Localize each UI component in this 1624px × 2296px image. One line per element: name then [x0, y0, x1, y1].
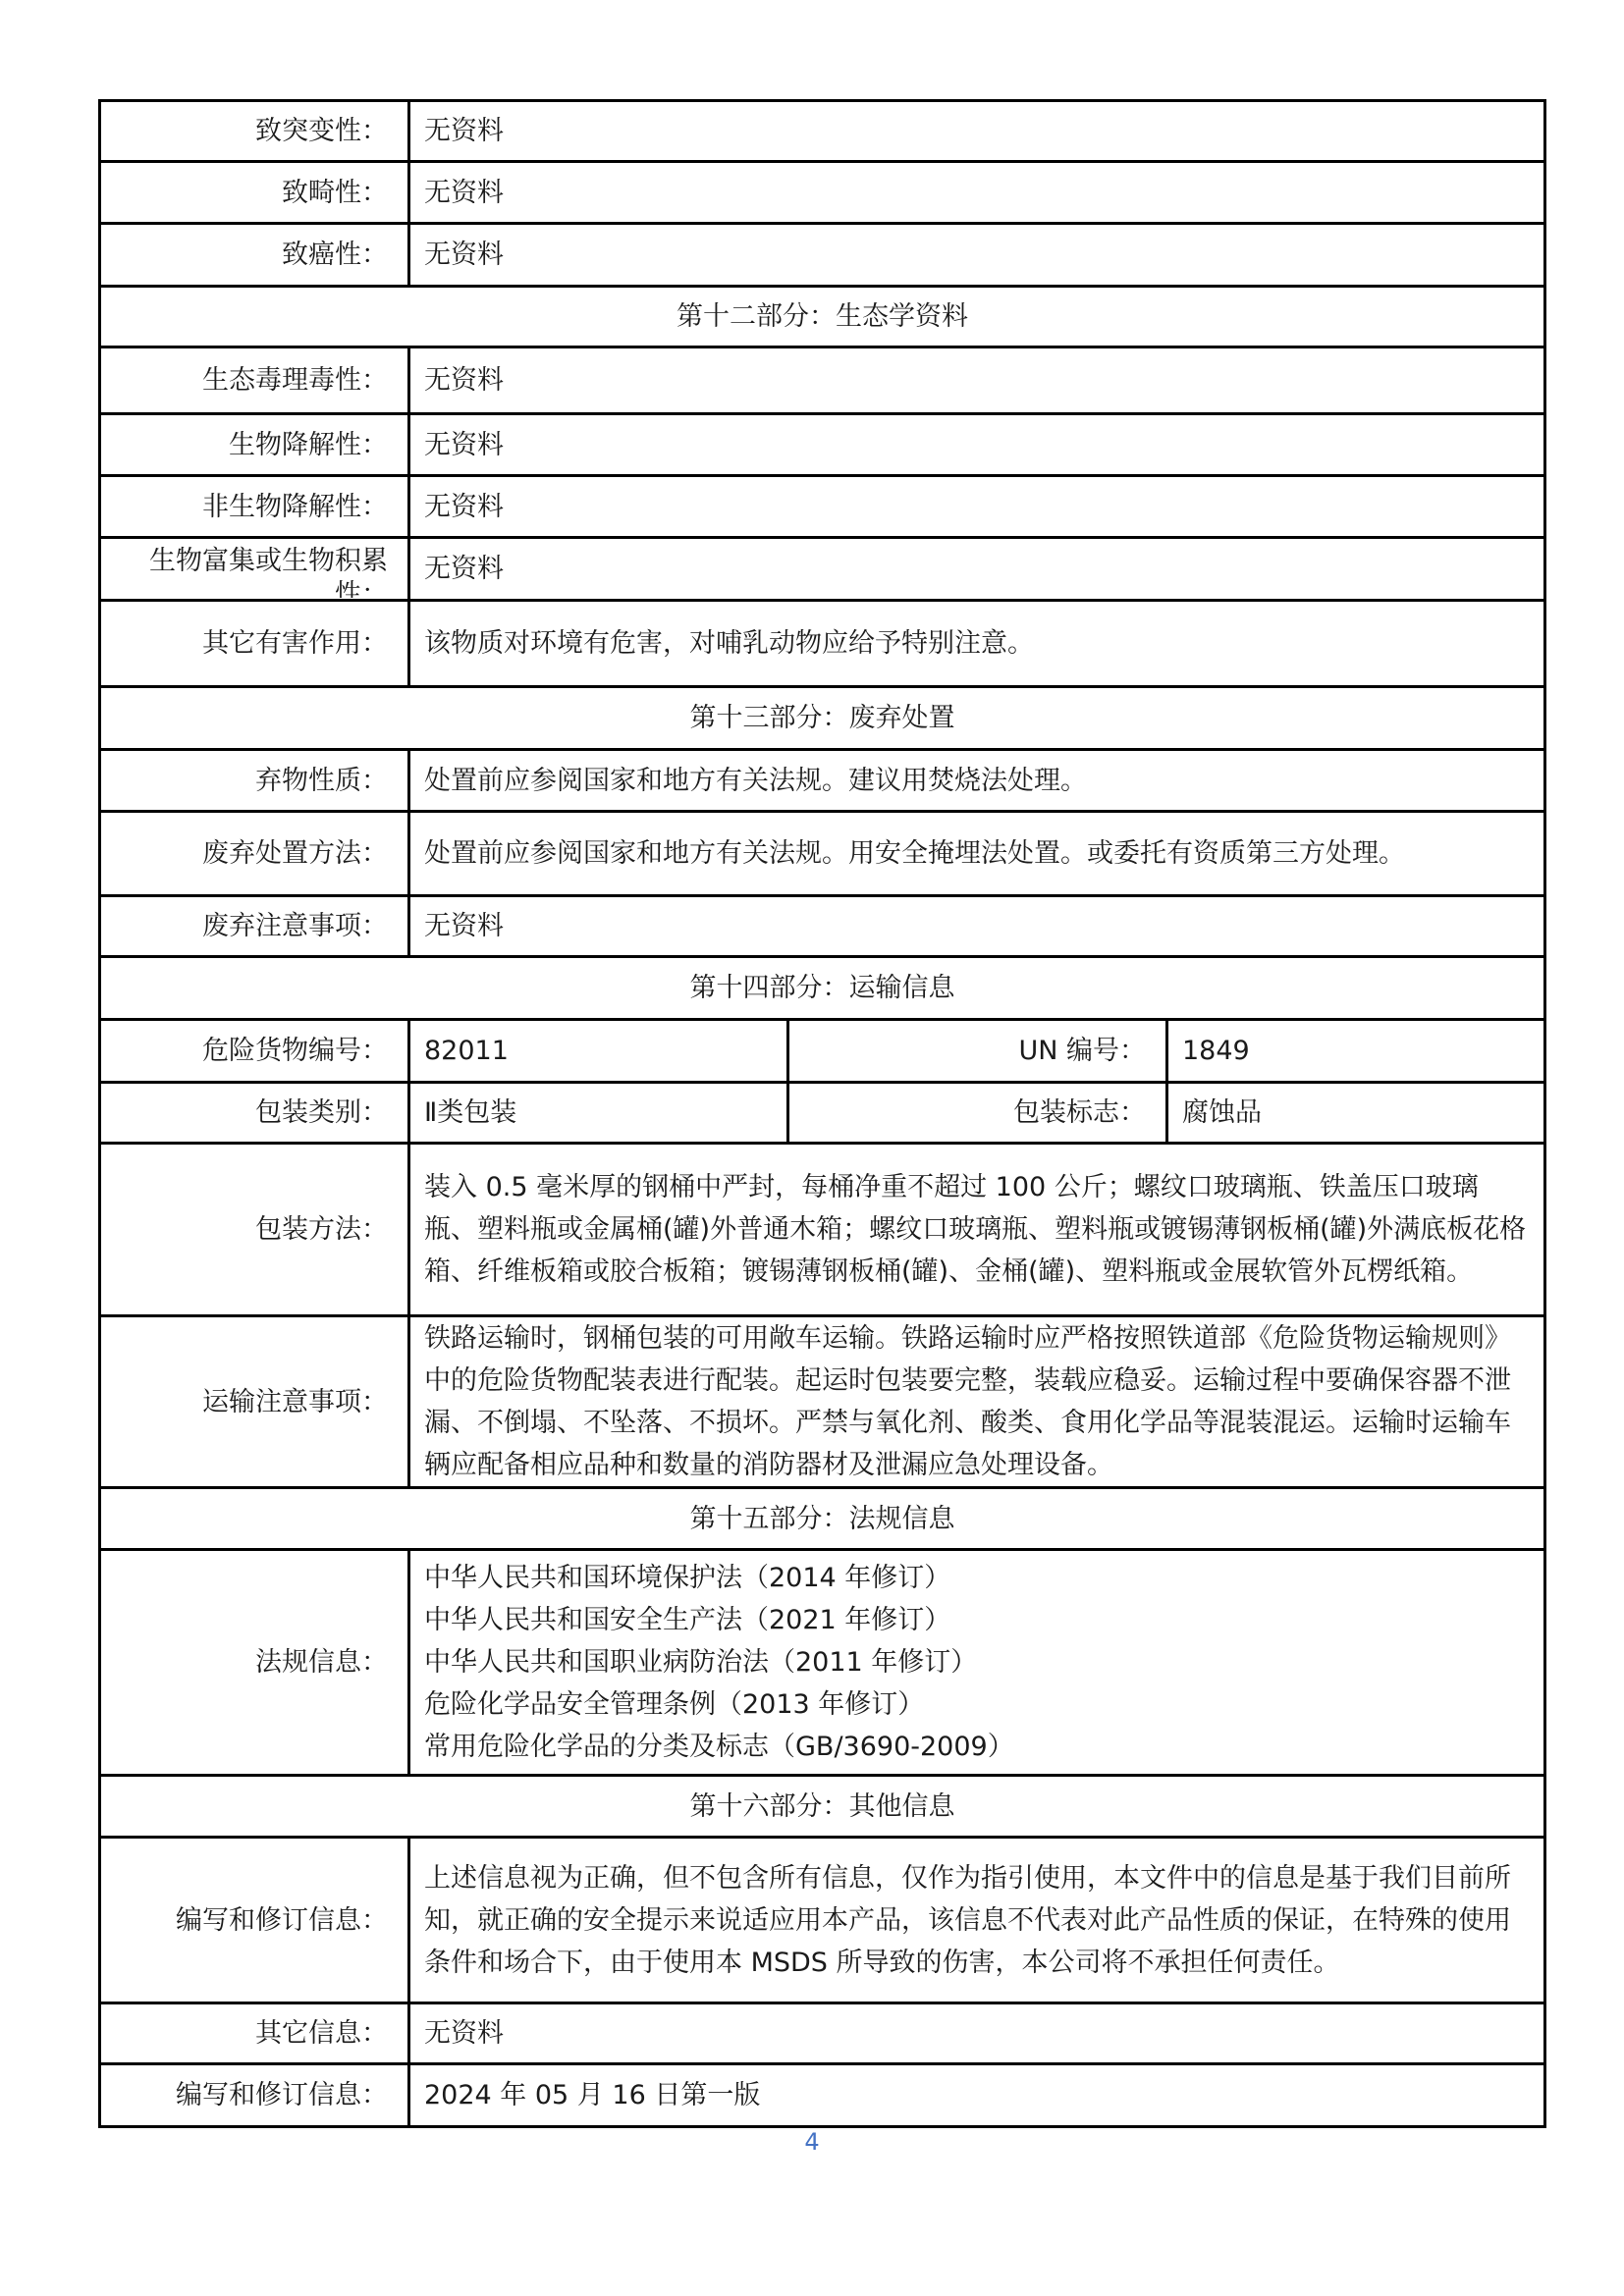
label: 致突变性：	[100, 101, 409, 162]
section-header-13: 第十三部分：废弃处置	[100, 687, 1545, 750]
label: 废弃注意事项：	[100, 896, 409, 957]
value: 无资料	[409, 2003, 1545, 2064]
value: 装入 0.5 毫米厚的钢桶中严封，每桶净重不超过 100 公斤；螺纹口玻璃瓶、铁…	[409, 1144, 1545, 1316]
value: 该物质对环境有危害，对哺乳动物应给予特别注意。	[409, 601, 1545, 687]
value: 腐蚀品	[1167, 1083, 1545, 1144]
value: 无资料	[409, 896, 1545, 957]
regulation-item: 中华人民共和国职业病防治法（2011 年修订）	[424, 1641, 1530, 1683]
value: 处置前应参阅国家和地方有关法规。建议用焚烧法处理。	[409, 750, 1545, 812]
section-header-14: 第十四部分：运输信息	[100, 957, 1545, 1020]
label: 生物富集或生物积累性：	[100, 538, 409, 601]
row-disposal-method: 废弃处置方法： 处置前应参阅国家和地方有关法规。用安全掩埋法处置。或委托有资质第…	[100, 812, 1545, 896]
msds-table: 致突变性： 无资料 致畸性： 无资料 致癌性： 无资料 第十二部分：生态学资料 …	[98, 99, 1546, 2128]
row-dangerous-goods-un: 危险货物编号： 82011 UN 编号： 1849	[100, 1020, 1545, 1083]
row-waste-nature: 弃物性质： 处置前应参阅国家和地方有关法规。建议用焚烧法处理。	[100, 750, 1545, 812]
regulation-list: 中华人民共和国环境保护法（2014 年修订） 中华人民共和国安全生产法（2021…	[409, 1550, 1545, 1776]
row-revision: 编写和修订信息： 2024 年 05 月 16 日第一版	[100, 2064, 1545, 2127]
section-title: 第十三部分：废弃处置	[100, 687, 1545, 750]
label: 运输注意事项：	[100, 1316, 409, 1488]
value: 1849	[1167, 1020, 1545, 1083]
section-header-16: 第十六部分：其他信息	[100, 1776, 1545, 1838]
label: 非生物降解性：	[100, 476, 409, 538]
section-title: 第十四部分：运输信息	[100, 957, 1545, 1020]
label: 其它信息：	[100, 2003, 409, 2064]
regulation-item: 中华人民共和国环境保护法（2014 年修订）	[424, 1557, 1530, 1599]
section-header-12: 第十二部分：生态学资料	[100, 287, 1545, 347]
value: 2024 年 05 月 16 日第一版	[409, 2064, 1545, 2127]
section-title: 第十六部分：其他信息	[100, 1776, 1545, 1838]
row-packing-method: 包装方法： 装入 0.5 毫米厚的钢桶中严封，每桶净重不超过 100 公斤；螺纹…	[100, 1144, 1545, 1316]
row-teratogenicity: 致畸性： 无资料	[100, 162, 1545, 224]
section-header-15: 第十五部分：法规信息	[100, 1488, 1545, 1550]
row-biodegradability: 生物降解性： 无资料	[100, 414, 1545, 476]
row-abiotic-degradability: 非生物降解性： 无资料	[100, 476, 1545, 538]
row-packing-group-mark: 包装类别： Ⅱ类包装 包装标志： 腐蚀品	[100, 1083, 1545, 1144]
label-clip: 生物富集或生物积累性：	[107, 541, 388, 598]
label: 生态毒理毒性：	[100, 347, 409, 414]
section-title: 第十五部分：法规信息	[100, 1488, 1545, 1550]
label: 包装方法：	[100, 1144, 409, 1316]
row-carcinogenicity: 致癌性： 无资料	[100, 224, 1545, 287]
value: 无资料	[409, 414, 1545, 476]
page-number: 4	[0, 2128, 1624, 2156]
label: 废弃处置方法：	[100, 812, 409, 896]
section-title: 第十二部分：生态学资料	[100, 287, 1545, 347]
label: 致畸性：	[100, 162, 409, 224]
label: UN 编号：	[788, 1020, 1167, 1083]
row-regulations: 法规信息： 中华人民共和国环境保护法（2014 年修订） 中华人民共和国安全生产…	[100, 1550, 1545, 1776]
row-disposal-notes: 废弃注意事项： 无资料	[100, 896, 1545, 957]
value: 无资料	[409, 538, 1545, 601]
label: 包装类别：	[100, 1083, 409, 1144]
value: 无资料	[409, 224, 1545, 287]
label: 其它有害作用：	[100, 601, 409, 687]
label: 编写和修订信息：	[100, 1838, 409, 2003]
regulation-item: 常用危险化学品的分类及标志（GB/3690-2009）	[424, 1726, 1530, 1768]
row-bioaccumulation: 生物富集或生物积累性： 无资料	[100, 538, 1545, 601]
value: 无资料	[409, 347, 1545, 414]
row-transport-notes: 运输注意事项： 铁路运输时，钢桶包装的可用敞车运输。铁路运输时应严格按照铁道部《…	[100, 1316, 1545, 1488]
label: 危险货物编号：	[100, 1020, 409, 1083]
label: 法规信息：	[100, 1550, 409, 1776]
label: 生物降解性：	[100, 414, 409, 476]
value: 铁路运输时，钢桶包装的可用敞车运输。铁路运输时应严格按照铁道部《危险货物运输规则…	[409, 1316, 1545, 1488]
label: 致癌性：	[100, 224, 409, 287]
row-other-harmful-effects: 其它有害作用： 该物质对环境有危害，对哺乳动物应给予特别注意。	[100, 601, 1545, 687]
value: Ⅱ类包装	[409, 1083, 788, 1144]
value: 无资料	[409, 476, 1545, 538]
regulation-item: 危险化学品安全管理条例（2013 年修订）	[424, 1683, 1530, 1726]
label: 包装标志：	[788, 1083, 1167, 1144]
row-other-info: 其它信息： 无资料	[100, 2003, 1545, 2064]
value: 上述信息视为正确，但不包含所有信息，仅作为指引使用，本文件中的信息是基于我们目前…	[409, 1838, 1545, 2003]
row-disclaimer: 编写和修订信息： 上述信息视为正确，但不包含所有信息，仅作为指引使用，本文件中的…	[100, 1838, 1545, 2003]
regulation-item: 中华人民共和国安全生产法（2021 年修订）	[424, 1599, 1530, 1641]
label: 编写和修订信息：	[100, 2064, 409, 2127]
value: 无资料	[409, 162, 1545, 224]
value: 82011	[409, 1020, 788, 1083]
value: 无资料	[409, 101, 1545, 162]
row-ecotoxicity: 生态毒理毒性： 无资料	[100, 347, 1545, 414]
value: 处置前应参阅国家和地方有关法规。用安全掩埋法处置。或委托有资质第三方处理。	[409, 812, 1545, 896]
row-mutagenicity: 致突变性： 无资料	[100, 101, 1545, 162]
label: 弃物性质：	[100, 750, 409, 812]
